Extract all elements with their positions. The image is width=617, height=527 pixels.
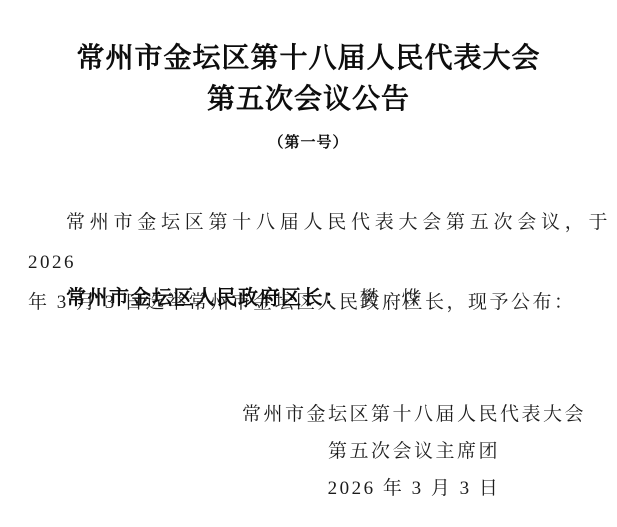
announcement-page: 常州市金坛区第十八届人民代表大会 第五次会议公告 （第一号） 常州市金坛区第十八… (0, 0, 617, 527)
body-line-1: 常州市金坛区第十八届人民代表大会第五次会议，于 2026 (28, 203, 610, 283)
document-title: 常州市金坛区第十八届人民代表大会 第五次会议公告 (0, 38, 617, 120)
signature-date: 2026 年 3 月 3 日 (241, 470, 587, 507)
appointment-line: 常州市金坛区人民政府区长：樊 烨 (66, 283, 423, 314)
signature-org-line-1: 常州市金坛区第十八届人民代表大会 (241, 396, 587, 433)
title-line-1: 常州市金坛区第十八届人民代表大会 (0, 38, 617, 79)
appointee-name: 樊 烨 (360, 288, 423, 309)
signature-org-line-2: 第五次会议主席团 (241, 433, 587, 470)
signature-block: 常州市金坛区第十八届人民代表大会 第五次会议主席团 2026 年 3 月 3 日 (241, 396, 587, 507)
title-line-2: 第五次会议公告 (0, 79, 617, 120)
appointment-label: 常州市金坛区人民政府区长： (66, 287, 346, 309)
issue-number: （第一号） (0, 131, 617, 152)
